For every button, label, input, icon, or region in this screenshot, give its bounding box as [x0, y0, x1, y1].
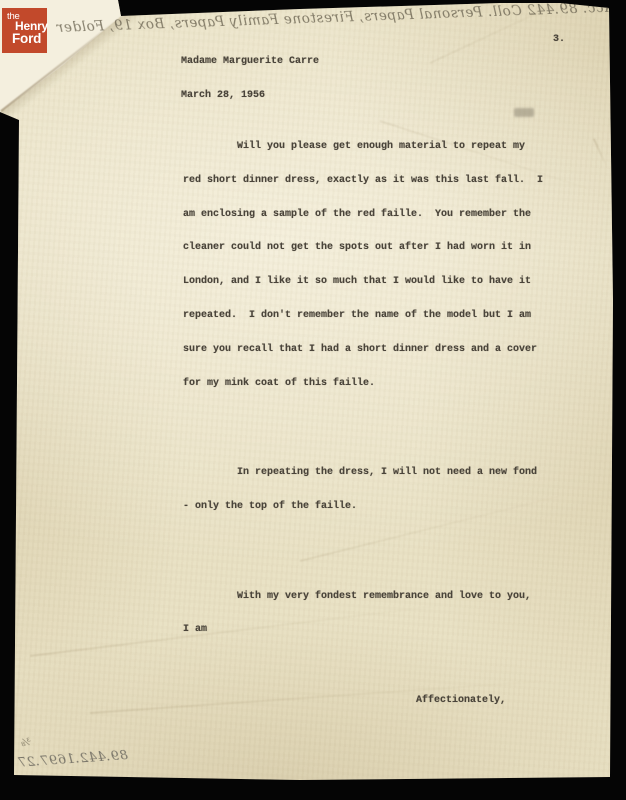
recipient-line: Madame Marguerite Carre — [181, 56, 319, 68]
body-line: - only the top of the faille. — [183, 501, 543, 513]
body-line: repeated. I don't remember the name of t… — [183, 310, 543, 322]
body-line: London, and I like it so much that I wou… — [183, 276, 543, 288]
body-line: am enclosing a sample of the red faille.… — [183, 209, 543, 221]
paragraph-3: With my very fondest remembrance and lov… — [183, 569, 543, 659]
body-line: cleaner could not get the spots out afte… — [183, 242, 543, 254]
paragraph-2: In repeating the dress, I will not need … — [183, 445, 543, 535]
body-line: sure you recall that I had a short dinne… — [183, 344, 543, 356]
letter-paper: Acc. 89.442 Coll. Personal Papers, Fires… — [0, 0, 626, 800]
pencil-fraction-mark: ⅜ — [16, 737, 32, 750]
scanned-letter-viewport: Acc. 89.442 Coll. Personal Papers, Fires… — [0, 0, 626, 800]
body-line: In repeating the dress, I will not need … — [183, 467, 543, 479]
page-number: 3. — [553, 34, 565, 45]
logo-word-ford: Ford — [12, 32, 41, 46]
wrinkle-crease — [593, 138, 607, 166]
pencil-archive-note-text: Acc. 89.442 Coll. Personal Papers, Fires… — [48, 0, 614, 36]
typewriter-erasure-smudge — [514, 108, 534, 117]
pencil-accession-number: 89.442.1697.27 — [16, 748, 129, 771]
paragraph-1: Will you please get enough material to r… — [183, 119, 543, 411]
body-line: I am — [183, 624, 543, 636]
body-line: for my mink coat of this faille. — [183, 378, 543, 390]
accession-number-text: 89.442.1697.27 — [16, 748, 129, 771]
body-line: red short dinner dress, exactly as it wa… — [183, 175, 543, 187]
body-line: Will you please get enough material to r… — [183, 141, 543, 153]
pencil-archive-note: Acc. 89.442 Coll. Personal Papers, Fires… — [48, 0, 614, 36]
henry-ford-logo: the Henry Ford — [2, 8, 47, 53]
closing-line: Affectionately, — [416, 695, 543, 707]
letter-body: Will you please get enough material to r… — [183, 97, 543, 729]
body-line: With my very fondest remembrance and lov… — [183, 591, 543, 603]
